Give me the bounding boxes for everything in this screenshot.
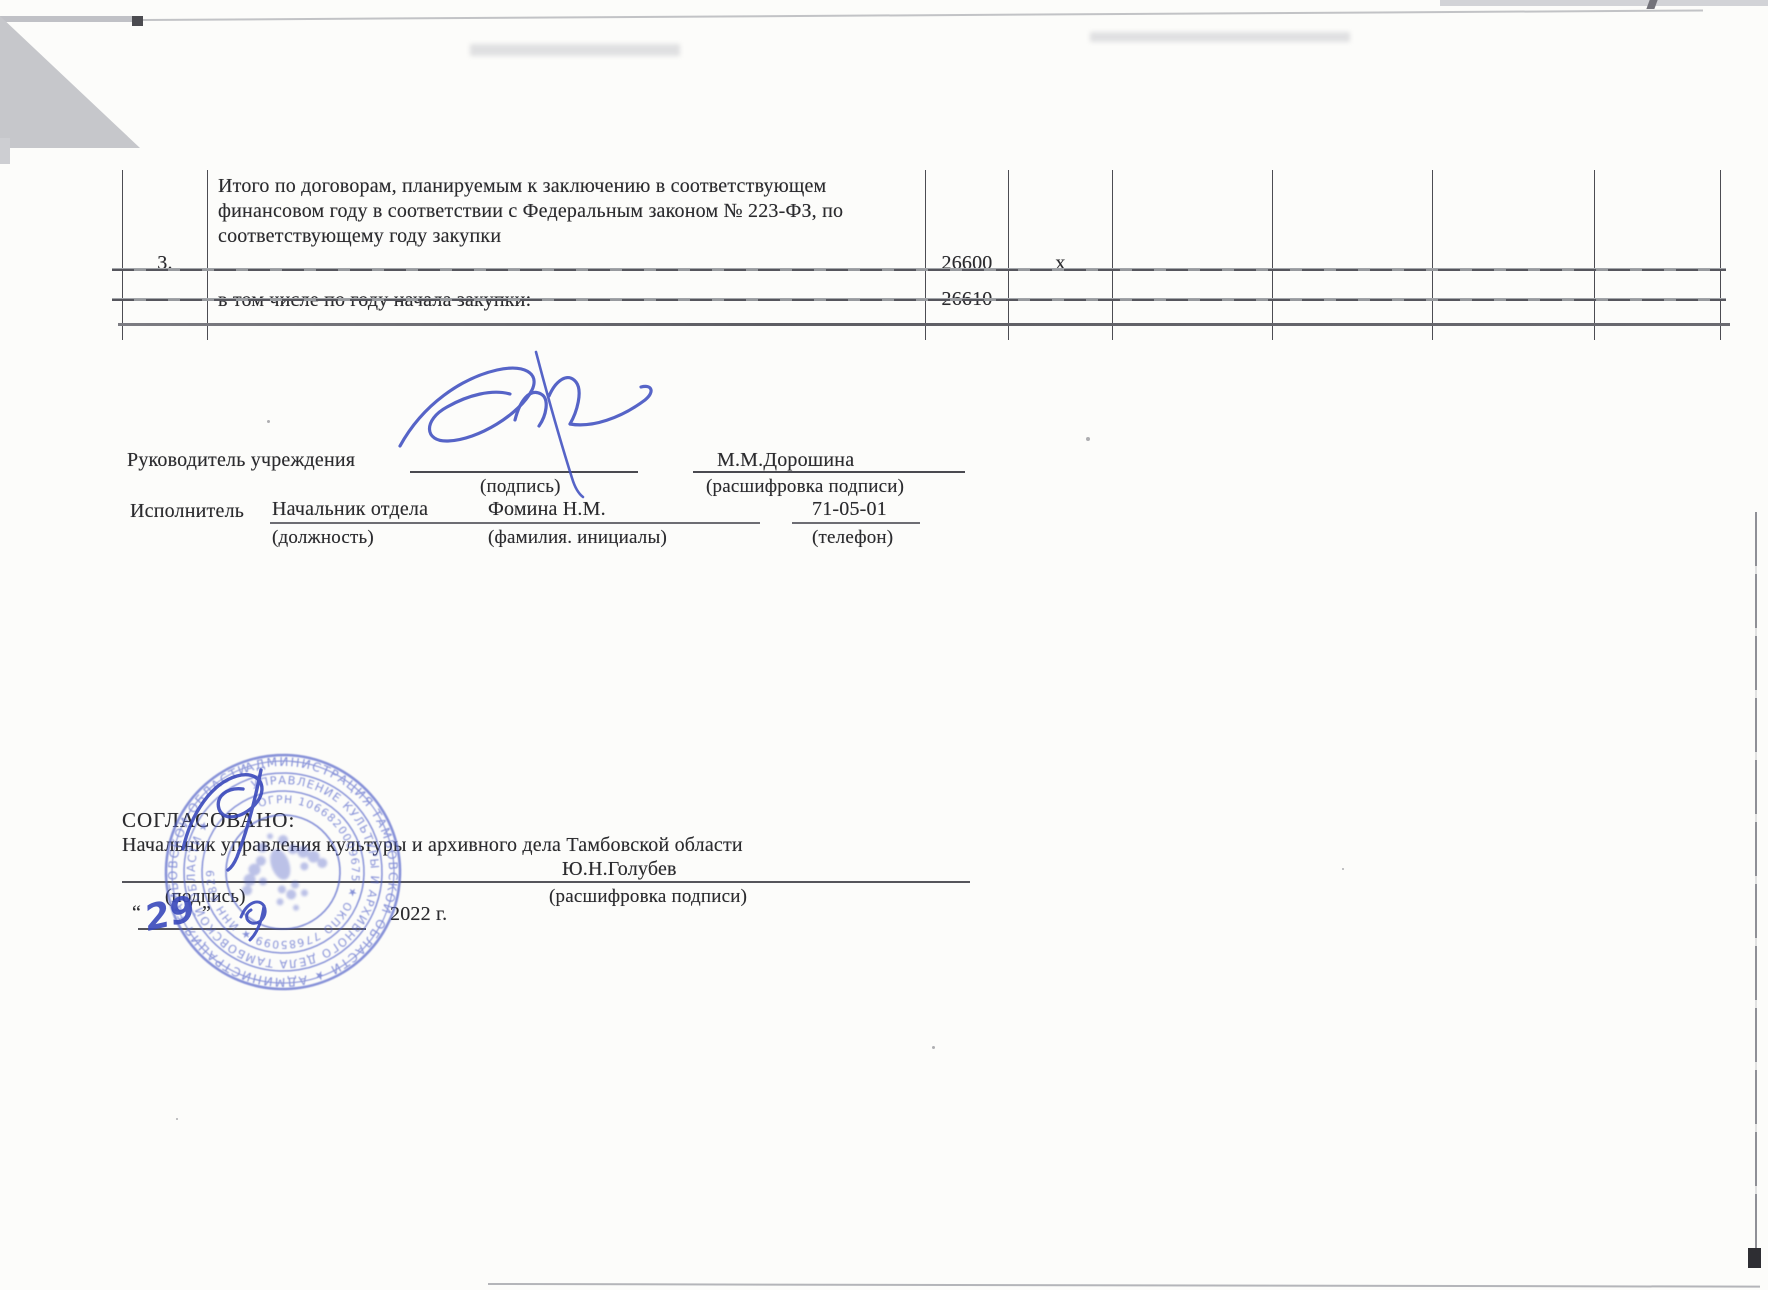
table-separator-line	[112, 268, 1726, 271]
empty-cell	[123, 316, 208, 340]
executor-position-line	[270, 522, 760, 524]
scan-right-edge-line	[1755, 512, 1757, 1262]
empty-cell	[1113, 316, 1273, 340]
approval-title: СОГЛАСОВАНО:	[122, 808, 295, 833]
empty-cell	[1433, 170, 1595, 280]
scan-speck	[1086, 437, 1090, 441]
scan-speck	[176, 1118, 178, 1120]
scan-corner-blob	[132, 16, 143, 26]
empty-cell	[208, 316, 926, 340]
approver-signature-line	[122, 881, 970, 883]
scan-corner-shadow	[0, 16, 140, 148]
row-mark-cell: х	[1009, 170, 1113, 280]
stamp-middle-ring-text: УПРАВЛЕНИЕ КУЛЬТУРЫ И АРХИВНОГО ДЕЛА ТАМ…	[155, 745, 410, 999]
table-row: 3. Итого по договорам, планируемым к зак…	[123, 170, 1721, 280]
empty-cell	[1595, 170, 1721, 280]
scan-bottom-edge-line	[488, 1283, 1760, 1288]
official-round-stamp: АДМИНИСТРАЦИЯ ТАМБОВСКОЙ ОБЛАСТИ ★ АДМИН…	[133, 722, 433, 1022]
date-year: 2022 г.	[390, 903, 447, 926]
phone-caption: (телефон)	[812, 527, 893, 549]
executor-name: Фомина Н.М.	[488, 498, 606, 521]
scan-top-right-band	[1440, 0, 1768, 6]
date-open-quote: “	[132, 902, 141, 925]
scan-speck	[932, 1046, 935, 1049]
table-row	[123, 316, 1721, 340]
table-bottom-line	[118, 323, 1730, 326]
approver-position: Начальник управления культуры и архивног…	[122, 834, 743, 857]
date-close-quote: ”	[202, 902, 211, 925]
transcript-caption: (расшифровка подписи)	[706, 476, 904, 498]
procurement-totals-table: 3. Итого по договорам, планируемым к зак…	[122, 170, 1721, 340]
stamp-ring-circle	[179, 768, 387, 976]
signature-caption: (подпись)	[480, 476, 561, 498]
date-line	[138, 928, 366, 930]
empty-cell	[1113, 170, 1273, 280]
row-number-cell: 3.	[123, 170, 208, 280]
empty-cell	[1433, 316, 1595, 340]
scan-top-right-tick	[1646, 0, 1657, 9]
scan-speck	[267, 420, 270, 423]
executor-phone: 71-05-01	[812, 498, 887, 521]
executor-position: Начальник отдела	[272, 498, 428, 521]
table-separator-line	[112, 298, 1726, 301]
executor-phone-line	[792, 522, 920, 524]
row-code-cell: 26600	[926, 170, 1009, 280]
row-description-cell: Итого по договорам, планируемым к заключ…	[208, 170, 926, 280]
empty-cell	[1273, 316, 1433, 340]
scan-top-edge-line	[143, 9, 1703, 21]
transcript-caption: (расшифровка подписи)	[549, 886, 747, 908]
scanned-document-page: 3. Итого по договорам, планируемым к зак…	[0, 0, 1768, 1290]
head-name-line	[693, 471, 965, 473]
stamp-outer-inner-circle	[141, 730, 426, 1015]
head-of-institution-label: Руководитель учреждения	[127, 449, 355, 472]
empty-cell	[1595, 316, 1721, 340]
stamp-inner-ring-text: ОГРН 1066820009675 ★ ОКПО 77685099 ★ ИНН…	[182, 771, 385, 974]
head-name: М.М.Дорошина	[717, 449, 854, 472]
executor-label: Исполнитель	[130, 500, 244, 523]
empty-cell	[1273, 170, 1433, 280]
scan-left-edge-mark	[0, 138, 10, 164]
empty-cell	[1009, 316, 1113, 340]
scan-ghost-smudge	[470, 44, 680, 56]
stamp-ring-circle	[156, 745, 410, 999]
scan-speck	[1342, 868, 1344, 870]
scan-right-edge-blob	[1748, 1248, 1761, 1268]
stamp-outer-circle	[133, 722, 433, 1022]
head-signature-line	[410, 471, 638, 473]
approver-name: Ю.Н.Голубев	[562, 858, 677, 881]
position-caption: (должность)	[272, 527, 374, 549]
empty-cell	[926, 316, 1009, 340]
stamp-outer-ring-text: АДМИНИСТРАЦИЯ ТАМБОВСКОЙ ОБЛАСТИ ★ АДМИН…	[133, 722, 433, 1022]
name-caption: (фамилия. инициалы)	[488, 527, 667, 549]
scan-ghost-smudge	[1090, 32, 1350, 42]
